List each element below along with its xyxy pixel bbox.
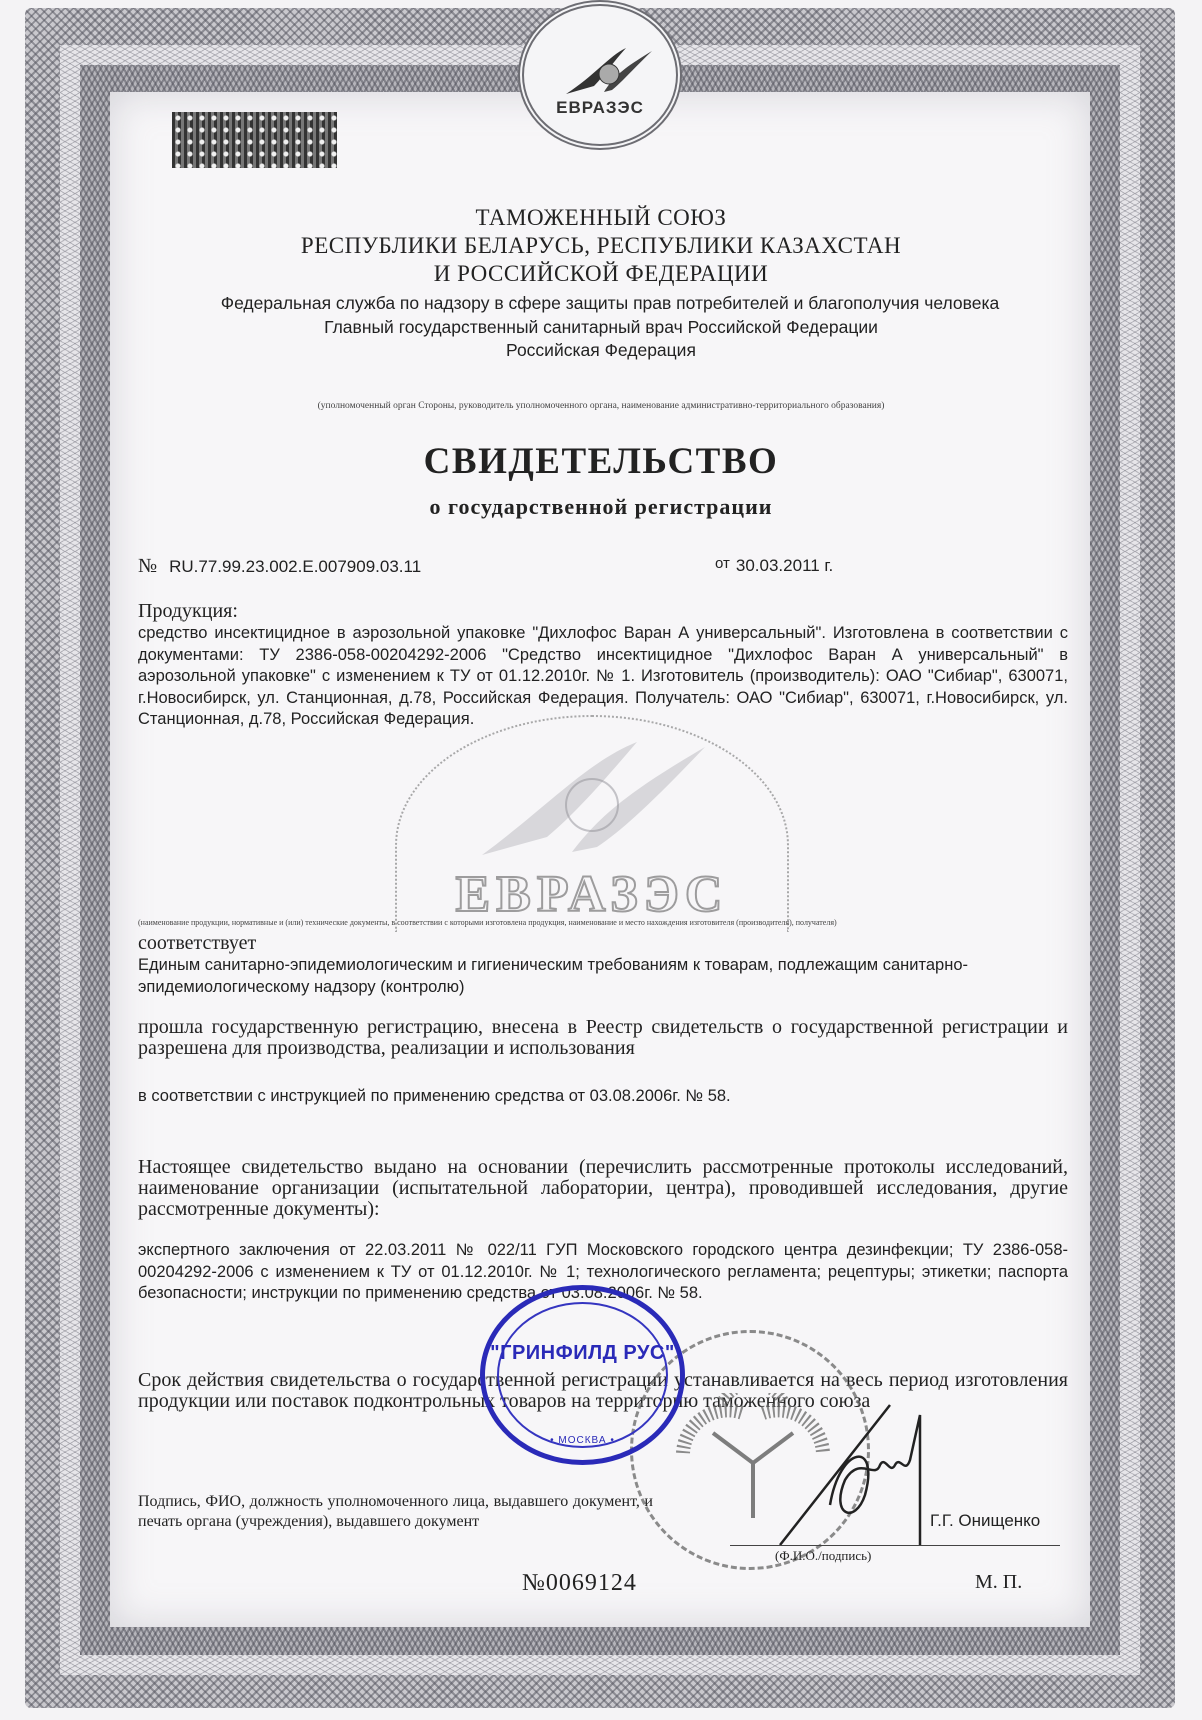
stamp-ring bbox=[497, 1302, 668, 1448]
header-line-3: И РОССИЙСКОЙ ФЕДЕРАЦИИ bbox=[0, 261, 1202, 287]
eurasec-emblem: ЕВРАЗЭС bbox=[518, 0, 682, 150]
registration-date-value: 30.03.2011 г. bbox=[736, 556, 833, 575]
conformity-text: Единым санитарно-эпидемиологическим и ги… bbox=[138, 955, 1068, 998]
product-note: (наименование продукции, нормативные и (… bbox=[138, 918, 1068, 927]
number-symbol: № bbox=[138, 555, 157, 577]
document-subtitle: о государственной регистрации bbox=[0, 494, 1202, 520]
date-prefix: от bbox=[715, 555, 730, 572]
company-stamp: "ГРИНФИЛД РУС" • МОСКВА • bbox=[480, 1285, 685, 1465]
eurasec-watermark-icon bbox=[477, 737, 707, 857]
watermark-label: ЕВРАЗЭС bbox=[437, 865, 747, 924]
registration-number-value: RU.77.99.23.002.E.007909.03.11 bbox=[169, 557, 421, 576]
form-number: №0069124 bbox=[522, 1570, 637, 1597]
product-label: Продукция: bbox=[138, 600, 238, 623]
basis-text: Настоящее свидетельство выдано на основа… bbox=[138, 1157, 1068, 1220]
conformity-label: соответствует bbox=[138, 932, 256, 955]
header-line-1: ТАМОЖЕННЫЙ СОЮЗ bbox=[0, 205, 1202, 231]
country-name: Российская Федерация bbox=[0, 340, 1202, 361]
handwritten-signature bbox=[770, 1385, 950, 1555]
official-title: Главный государственный санитарный врач … bbox=[0, 317, 1202, 338]
registration-number: №RU.77.99.23.002.E.007909.03.11 bbox=[138, 555, 421, 578]
registration-date: от30.03.2011 г. bbox=[715, 555, 833, 576]
stamp-city: • МОСКВА • bbox=[485, 1435, 680, 1446]
eurasec-emblem-icon bbox=[564, 46, 654, 96]
product-description: средство инсектицидное в аэрозольной упа… bbox=[138, 623, 1068, 731]
signature-caption: (Ф.И.О./подпись) bbox=[775, 1548, 871, 1564]
stamp-company-name: "ГРИНФИЛД РУС" bbox=[485, 1342, 680, 1365]
authority-name: Федеральная служба по надзору в сфере за… bbox=[150, 293, 1070, 314]
signature-line bbox=[730, 1545, 1060, 1546]
document-title: СВИДЕТЕЛЬСТВО bbox=[0, 440, 1202, 483]
signature-label: Подпись, ФИО, должность уполномоченного … bbox=[138, 1492, 653, 1532]
authority-note: (уполномоченный орган Стороны, руководит… bbox=[0, 401, 1202, 411]
seal-place-marker: М. П. bbox=[975, 1571, 1022, 1594]
instruction-reference: в соответствии с инструкцией по применен… bbox=[138, 1086, 1068, 1108]
security-pattern bbox=[172, 112, 337, 168]
registration-status: прошла государственную регистрацию, внес… bbox=[138, 1017, 1068, 1059]
signer-name: Г.Г. Онищенко bbox=[930, 1511, 1040, 1531]
emblem-label: ЕВРАЗЭС bbox=[524, 98, 676, 118]
header-line-2: РЕСПУБЛИКИ БЕЛАРУСЬ, РЕСПУБЛИКИ КАЗАХСТА… bbox=[0, 233, 1202, 259]
